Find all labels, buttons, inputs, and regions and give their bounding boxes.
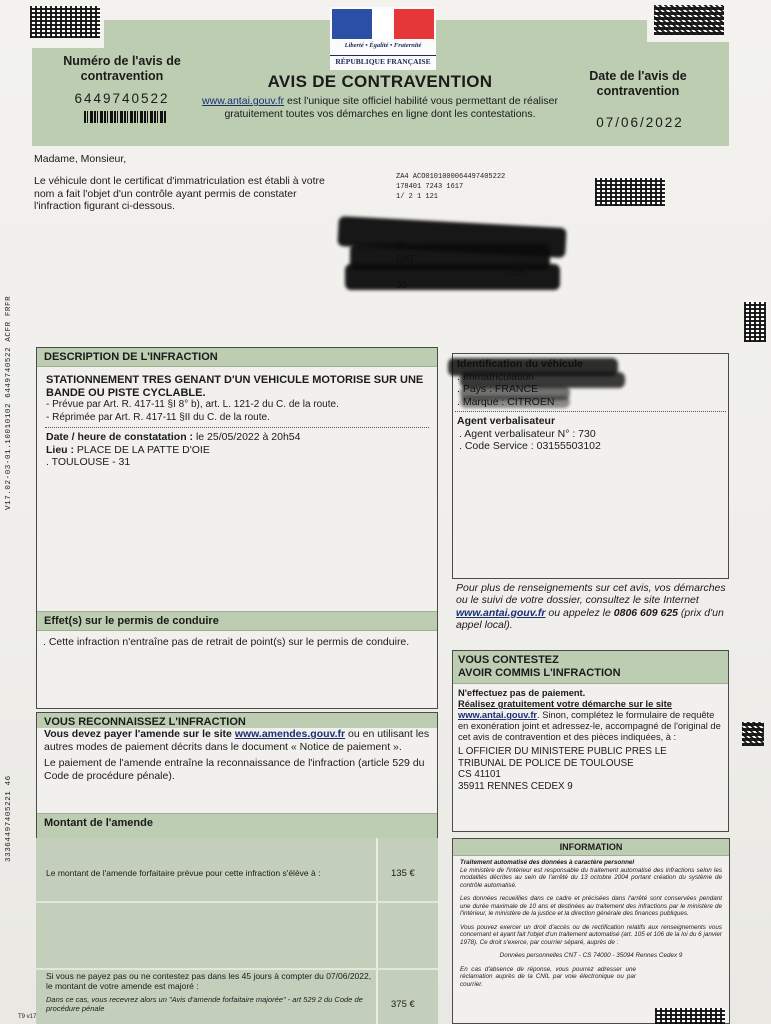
section-title: Effet(s) sur le permis de conduire xyxy=(37,611,437,631)
information-section: INFORMATION Traitement automatisé des do… xyxy=(452,838,730,1024)
license-effects-section: Effet(s) sur le permis de conduire . Cet… xyxy=(37,611,437,649)
infraction-description-section: DESCRIPTION DE L'INFRACTION STATIONNEMEN… xyxy=(36,347,438,709)
notice-number-label: Numéro de l'avis de contravention xyxy=(62,54,182,84)
section-title: VOUS RECONNAISSEZ L'INFRACTION xyxy=(37,713,437,728)
info-paragraph: Vous pouvez exercer un droit d'accès ou … xyxy=(453,924,729,947)
datamatrix-code-icon xyxy=(655,1008,725,1024)
section-title: INFORMATION xyxy=(453,839,729,856)
section-title: DESCRIPTION DE L'INFRACTION xyxy=(37,348,437,367)
side-code-bottom: 33364497405221 46 xyxy=(5,775,13,862)
greeting: Madame, Monsieur, xyxy=(34,153,126,166)
antai-link[interactable]: www.antai.gouv.fr xyxy=(458,710,537,720)
section-title: VOUS CONTESTEZ AVOIR COMMIS L'INFRACTION xyxy=(453,651,728,684)
antai-link[interactable]: www.antai.gouv.fr xyxy=(202,95,284,107)
license-effects-text: . Cette infraction n'entraîne pas de ret… xyxy=(37,636,437,649)
payment-consequence: Le paiement de l'amende entraîne la reco… xyxy=(37,753,437,782)
amount-value: 375 € xyxy=(391,999,415,1010)
notice-date-label: Date de l'avis de contravention xyxy=(578,69,698,99)
infraction-provided-by: - Prévue par Art. R. 417-11 §I 8° b), ar… xyxy=(37,399,437,412)
datamatrix-code-icon xyxy=(595,178,665,206)
intro-text: Le véhicule dont le certificat d'immatri… xyxy=(34,175,334,213)
infraction-city: . TOULOUSE - 31 xyxy=(37,456,437,469)
infraction-punished-by: - Réprimée par Art. R. 417-11 §II du C. … xyxy=(37,412,437,425)
infraction-nature: STATIONNEMENT TRES GENANT D'UN VEHICULE … xyxy=(37,374,437,399)
amount-title: Montant de l'amende xyxy=(37,813,437,839)
agent-section-title: Agent verbalisateur xyxy=(453,415,728,428)
redaction-mark xyxy=(345,264,560,290)
notice-date: 07/06/2022 xyxy=(580,115,700,130)
infraction-date: Date / heure de constatation : le 25/05/… xyxy=(37,431,437,444)
info-address: Données personnelles CNT - CS 74000 - 35… xyxy=(453,952,729,960)
infraction-place: Lieu : PLACE DE LA PATTE D'OIE xyxy=(37,444,437,457)
free-online-instruction: Réalisez gratuitement votre démarche sur… xyxy=(453,699,728,710)
datamatrix-code-icon xyxy=(30,6,100,38)
agent-number: . Agent verbalisateur N° : 730 xyxy=(453,428,728,441)
side-code-top: V17.02-03-01.10010102 6449740522 ACFR FR… xyxy=(5,296,13,510)
republique-francaise-logo: Liberté • Égalité • Fraternité RÉPUBLIQU… xyxy=(330,7,436,70)
amendes-link[interactable]: www.amendes.gouv.fr xyxy=(235,728,345,740)
datamatrix-code-icon xyxy=(654,5,724,35)
datamatrix-code-icon xyxy=(742,722,764,746)
info-paragraph: Le ministère de l'intérieur est responsa… xyxy=(453,867,729,890)
redaction-mark xyxy=(460,396,570,408)
info-paragraph: En cas d'absence de réponse, vous pourre… xyxy=(453,966,643,989)
info-paragraph: Les données recueillies dans ce cadre et… xyxy=(453,895,729,918)
service-code: . Code Service : 03155503102 xyxy=(453,440,728,453)
contravention-notice-page: V17.02-03-01.10010102 6449740522 ACFR FR… xyxy=(0,0,771,1024)
marianne-logo-icon xyxy=(332,9,372,39)
payment-instructions: Vous devez payer l'amende sur le site ww… xyxy=(37,728,437,753)
info-subtitle: Traitement automatisé des données à cara… xyxy=(453,859,729,867)
page-title: AVIS DE CONTRAVENTION xyxy=(200,72,560,92)
amount-value: 135 € xyxy=(391,868,415,879)
more-info-text: Pour plus de renseignements sur cet avis… xyxy=(456,582,736,631)
amount-table: Le montant de l'amende forfaitaire prévu… xyxy=(36,838,438,1024)
contest-address: L OFFICIER DU MINISTERE PUBLIC PRES LE T… xyxy=(453,743,728,792)
no-payment-warning: N'effectuez pas de paiement. xyxy=(453,684,728,699)
phone-number: 0806 609 625 xyxy=(614,607,678,619)
contest-section: VOUS CONTESTEZ AVOIR COMMIS L'INFRACTION… xyxy=(452,650,729,832)
notice-number: 6449740522 xyxy=(62,91,182,106)
barcode-icon xyxy=(84,111,167,123)
header-subtitle: www.antai.gouv.fr est l'unique site offi… xyxy=(195,95,565,120)
antai-link[interactable]: www.antai.gouv.fr xyxy=(456,607,545,619)
contest-instructions: www.antai.gouv.fr. Sinon, complétez le f… xyxy=(453,710,728,743)
datamatrix-code-icon xyxy=(744,302,766,342)
reference-codes: ZA4 ACO0101000064497405222 178401 7243 1… xyxy=(396,172,505,202)
